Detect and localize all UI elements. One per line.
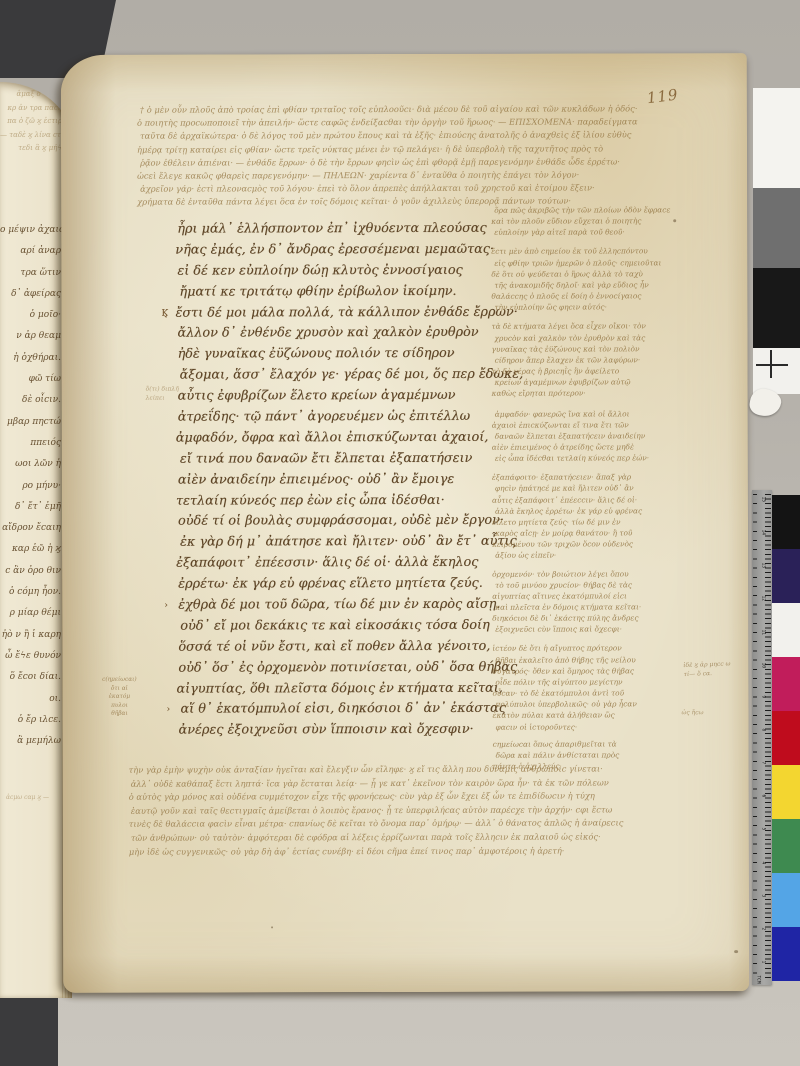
scholia-line: δῶρα καὶ πάλιν ἀνθίϲταται πρὸς [496, 749, 708, 761]
facing-verse-ending: ωοι λῶν ἡ [0, 454, 61, 475]
verse-text: ἐκ γὰρ δή μ᾽ ἀπάτησε καὶ ἤλιτεν· οὐδ᾽ ἂν… [180, 534, 517, 550]
scholia-line: ὁ ποιητὴς προϲωποποιεῖ τὴν ἀπειλήν· ὥϲτε… [137, 116, 667, 131]
verse-text: ἠδὲ γυναῖκας ἐϋζώνους πολιόν τε σίδηρον [178, 346, 455, 362]
scholia-line: τὰ δὲ κτήματα λέγει ὅϲα εἶχεν οἴκοι· τὸν [491, 321, 706, 333]
scholia-line: εἰς ὦπα ἰδέϲθαι τετλαίη κύνεός περ ἐών· [495, 452, 707, 464]
scholia-line: ἀλλὰ ἕκηλος ἐρρέτω· ἐκ γάρ εὑ φρένας [495, 505, 707, 517]
scholia-line: ὅρα πῶς ἀκριβῶς τὴν τῶν πλοίων ὁδὸν ἔφρα… [494, 204, 706, 216]
verse-line: οὐδέ τί οἱ βουλὰς συμφράσσομαι, οὐδὲ μὲν… [178, 513, 523, 535]
left-margin-sign: ὅ(τι) διπλῆλείπει [146, 385, 179, 403]
scholia-line: ὀρχομενόν· τὸν βοιώτιον λέγει ὅπου [492, 568, 707, 580]
verse-text: οὐδέ τί οἱ βουλὰς συμφράσσομαι, οὐδὲ μὲν… [178, 513, 504, 529]
ruler-number: 6 [761, 795, 766, 803]
ruler-number: 4 [761, 861, 766, 869]
ruler-number: 1 [761, 960, 766, 968]
verse-text: ἦρι μάλ᾽ ἑλλήσποντον ἐπ᾽ ἰχθυόεντα πλεού… [177, 221, 486, 237]
ruler-number: 13 [761, 563, 766, 571]
scholia-line: ἔϲτι μὲν ἀπὸ ϲημείου ἐκ τοῦ ἑλληϲπόντου [491, 246, 706, 258]
facing-verse-ending: τρα ὥτιν [0, 263, 61, 284]
verse-text: ὅσσά τέ οἱ νῦν ἔστι, καὶ εἴ ποθεν ἄλλα γ… [178, 639, 490, 655]
facing-scholia-fragment: κρ ἀν τρα παϲη [0, 102, 62, 116]
scholia-line: δαναῶν ἔλπεται ἐξαπατήϲειν ἀναιδείην [495, 430, 707, 442]
parchment-speck [734, 950, 738, 953]
facing-verse-ending: ὁ ἔρ ιλϲε. [0, 710, 61, 731]
facing-verse-ending: φῶ τίω [0, 369, 61, 390]
gloss-line: ἑκατόμ [96, 693, 142, 702]
left-margin-gloss: ϲ(ημείωϲαι)ὅτι αἱἑκατόμπυλοιθῆβαι [96, 676, 142, 719]
scholia-line: ῥᾷον ἐθέλειν ἀπιέναι· — ἐνθάδε ἔρρων· ὁ … [140, 155, 667, 170]
calibration-patch [772, 765, 800, 819]
ruler-number: 8 [761, 728, 766, 736]
manuscript-page: 119 † ὁ μὲν οὖν πλοῦς ἀπὸ τροίας ἐπὶ φθί… [61, 53, 749, 993]
scholia-line: χρυϲὸν καὶ χαλκὸν τὸν ἐρυθρὸν καὶ τὰς [495, 332, 707, 344]
parchment-speck [271, 926, 273, 928]
verse-text: ἔστι δέ μοι μάλα πολλά, τὰ κάλλιπον ἐνθά… [175, 304, 517, 320]
scholia-line: θῆβαι ἐκαλεῖτο ἀπὸ θήβης τῆς νείλου [495, 654, 707, 666]
scholia-line: ἡμέρᾳ τρίτῃ καταίρει εἰς φθίαν· ὥϲτε τρε… [137, 142, 667, 157]
facing-verse-ending: ὅ ἔϲοι δίαι. [0, 667, 61, 688]
calibration-patch [772, 549, 800, 603]
scholia-line: αἰγυπτίας αἵτινες ἑκατόμπυλοί εἰϲι [492, 590, 707, 602]
scholia-line: φαϲιν οἱ ἱϲτοροῦντες· [496, 721, 708, 733]
grayscale-calibration-strip [753, 88, 800, 394]
manuscript-photograph: ἁμαξ δ᾽ ἀρ ϗκρ ἀν τρα παϲηπα ὁ ζῶ ϗ ἐϲτι… [0, 0, 800, 1066]
facing-verse-ending: ἠὸ ν ἢ ἱ καρη [0, 625, 61, 646]
verse-line: οὐδ᾽ ὅσ᾽ ἐς ὀρχομενὸν ποτινίσεται, οὐδ᾽ … [178, 659, 523, 681]
verse-text: ἐρρέτω· ἐκ γάρ εὑ φρένας εἵλετο μητίετα … [178, 576, 483, 592]
verse-line: ›αἵ θ᾽ ἑκατόμπυλοί εἰσι, διηκόσιοι δ᾽ ἀν… [180, 701, 523, 723]
calibration-patch [772, 495, 800, 549]
facing-verse-ending: ν ἀρ θεαμ [0, 326, 61, 347]
gloss-line: θῆβαι [96, 710, 142, 719]
scholia-line: αἰὲν ἐπιειμένος ὁ ἀτρείδης ὥϲτε μηδὲ [492, 441, 707, 453]
right-margin-gloss-lower: ὡς ἥϲω [681, 708, 703, 717]
facing-bottom-note: ἀϲμω ϲαμ ϗ — [6, 794, 66, 801]
facing-verse-ending: ο μέψιν ἀχαιοί [0, 220, 61, 241]
facing-verse-ending: ρ μίαρ θέμι [0, 603, 61, 624]
scholia-line: ἑκατὸν πύλαι κατὰ ἀλήθειαν ὥς [492, 710, 707, 722]
scholia-line: καὶ πλεῖϲτα ἐν δόμοις κτήματα κεῖται· [495, 601, 707, 613]
facing-scholia-fragment: ἁμαξ δ᾽ ἀρ ϗ [0, 88, 62, 102]
verse-text: ἀτρεΐδης· τῷ πάντ᾽ ἀγορευέμεν ὡς ἐπιτέλλ… [178, 409, 470, 425]
verse-text: οὐδ᾽ εἴ μοι δεκάκις τε καὶ εἰκοσάκις τόσ… [180, 618, 489, 634]
calibration-patch [772, 657, 800, 711]
scholia-line: ὡϲεὶ ἔλεγε κακῶς φθαρεὶς παρεγενόμην· — … [137, 168, 667, 183]
gloss-line: ὅ(τι) διπλῆ [146, 385, 179, 394]
scholia-line: τὸ δὲ γέρας ἡ βριϲηῒς ἣν ἀφείλετο [492, 365, 707, 377]
verse-text: ἤματί κε τριτάτῳ φθίην ἐρίβωλον ἱκοίμην. [179, 284, 456, 300]
verse-line: ἄξομαι, ἅσσ᾽ ἔλαχόν γε· γέρας δέ μοι, ὅς… [180, 367, 523, 389]
verse-text: εἰ δέ κεν εὐπλοίην δώῃ κλυτὸς ἐννοσίγαιο… [177, 263, 462, 279]
facing-verse-ending: ϲ ἂν ὀρο θιν [0, 561, 61, 582]
scholia-line: τὴν εὐπλοίην ὥς φηϲιν αὐτός· [494, 301, 706, 313]
verse-line: ἤματί κε τριτάτῳ φθίην ἐρίβωλον ἱκοίμην. [179, 283, 522, 305]
verse-text: ἀμφαδόν, ὄφρα καὶ ἄλλοι ἐπισκύζωνται ἀχα… [176, 430, 489, 446]
scholia-line: εἰς φθίην τριῶν ἡμερῶν ὁ πλοῦς· ϲημειοῦτ… [494, 257, 706, 269]
facing-scholia-fragments: ἁμαξ δ᾽ ἀρ ϗκρ ἀν τρα παϲηπα ὁ ζῶ ϗ ἐϲτι… [0, 88, 62, 156]
scholia-line: φηϲὶν ἠπάτηϲέ με καὶ ἤλιτεν οὐδ᾽ ἂν [495, 483, 707, 495]
facing-verse-ending: ππειός [0, 433, 61, 454]
scholia-line: τῶν ἀνθρώπων· οὐ ταὐτὸν· ἀμφότεραι δὲ ϲφ… [131, 830, 694, 845]
ruler-number: 14 [761, 530, 766, 538]
scholia-line: θυγατρός· ὅθεν καὶ ὅμηρος τὰς θήβας [492, 665, 707, 677]
dark-cloth-bottom-left [0, 990, 58, 1066]
verse-text: αἰὲν ἀναιδείην ἐπιειμένος· οὐδ᾽ ἂν ἔμοιγ… [178, 472, 454, 488]
facing-verse-ending: δὲ οἶϲιν. [0, 390, 61, 411]
calibration-patch [753, 88, 800, 188]
scholia-line: ἀξίου ὡς εἰπεῖν· [495, 550, 707, 562]
scholia-line: τὴν γὰρ ἐμὴν ψυχὴν οὐκ ἀνταξίαν ἡγεῖται … [129, 762, 694, 777]
scholia-line: δὲ ὅτι οὐ ψεύδεται ὁ ἥρως ἀλλὰ τὸ ταχὺ [491, 268, 706, 280]
verse-line: ὅσσά τέ οἱ νῦν ἔστι, καὶ εἴ ποθεν ἄλλα γ… [178, 639, 523, 661]
facing-verse-ending: καρ ἑῶ ἡ ϗ [0, 539, 61, 560]
facing-verse-ending: αρί ἀναρ [0, 241, 61, 262]
scholia-line: ταῦτα δὲ ἀρχαϊκώτερα· ὁ δὲ λόγος τοῦ μὲν… [140, 129, 667, 144]
verse-line: ἐκ γὰρ δή μ᾽ ἀπάτησε καὶ ἤλιτεν· οὐδ᾽ ἂν… [180, 534, 523, 556]
scholia-line: ἀχαιοὶ ἐπιϲκύζωνται εἴ τινα ἔτι τῶν [492, 419, 707, 431]
verse-line: ›ἐχθρὰ δέ μοι τοῦ δῶρα, τίω δέ μιν ἐν κα… [178, 597, 523, 619]
verse-line: ἀμφαδόν, ὄφρα καὶ ἄλλοι ἐπισκύζωνται ἀχα… [176, 430, 523, 452]
calibration-patch [772, 819, 800, 873]
verse-line: ἠδὲ γυναῖκας ἐϋζώνους πολιόν τε σίδηρον [178, 346, 523, 368]
verse-text: ἐξαπάφοιτ᾽ ἐπέεσσιν· ἅλις δέ οἱ· ἀλλὰ ἕκ… [176, 555, 478, 571]
verse-text: αἵ θ᾽ ἑκατόμπυλοί εἰσι, διηκόσιοι δ᾽ ἀν᾽… [180, 701, 505, 717]
verse-line: ἀνέρες ἐξοιχνεῦσι σὺν ἵπποισιν καὶ ὄχεσφ… [179, 722, 524, 744]
scholia-line: ϲίδηρον ἅπερ ἔλαχεν ἐκ τῶν λαφύρων· [495, 354, 707, 366]
ruler-numbers: 151413121110987654321 [759, 498, 767, 967]
scholia-line: εἵλετο μητίετα ζεύς· τίω δέ μιν ἐν [492, 516, 707, 528]
verse-text: εἴ τινά που δαναῶν ἔτι ἔλπεται ἐξαπατήσε… [180, 451, 472, 467]
scholia-line: γυναῖκας τὰς ἐϋζώνους καὶ τὸν πολιὸν [492, 343, 707, 355]
calibration-patch [753, 268, 800, 348]
calibration-patch [772, 603, 800, 657]
facing-verse-ending: ὁ μοῖο· [0, 305, 61, 326]
gloss-line: ὅτι αἱ [96, 684, 142, 693]
verse-line: τετλαίη κύνεός περ ἐὼν εἰς ὦπα ἰδέσθαι· [176, 492, 523, 514]
ruler-number: 9 [761, 695, 766, 703]
ruler-number: 15 [761, 497, 766, 505]
ruler-number: 11 [761, 629, 766, 637]
verse-line: αὖτις ἐφυβρίζων ἕλετο κρείων ἀγαμέμνων [178, 388, 523, 410]
gloss-line: λείπει [146, 394, 179, 403]
scholia-line: οἶδε πόλιν τῆς αἰγύπτου μεγίϲτην [495, 676, 707, 688]
verse-line: ἄλλον δ᾽ ἐνθένδε χρυσὸν καὶ χαλκὸν ἐρυθρ… [177, 325, 522, 347]
calibration-patch [772, 927, 800, 981]
facing-verse-ending: ὦ ἔϟε θυνόν [0, 646, 61, 667]
scholia-line: εὐπλοίην γὰρ αἰτεῖ παρὰ τοῦ θεοῦ· [494, 227, 706, 239]
scholia-line: τῆς ἀνακομιδῆς δηλοῖ· καὶ γὰρ εὔδιος ἦν [494, 279, 706, 291]
calibration-patch [772, 873, 800, 927]
verse-line: αἰγυπτίας, ὅθι πλεῖστα δόμοις ἐν κτήματα… [176, 680, 523, 702]
scholia-line: διηκόϲιοι δὲ δι᾽ ἑκάϲτης πύλης ἄνδρες [492, 612, 707, 624]
verse-text: οὐδ᾽ ὅσ᾽ ἐς ὀρχομενὸν ποτινίσεται, οὐδ᾽ … [178, 659, 517, 675]
scholia-line: καθὼς εἴρηται πρότερον· [492, 388, 707, 400]
scholia-line: ἀχρεῖον γάρ· ἐϲτὶ πλεοναϲμὸς τοῦ λόγου· … [140, 182, 667, 197]
calibration-patch [753, 188, 800, 268]
scholia-line: ἐξοιχνεῦϲι ϲὺν ἵπποις καὶ ὄχεϲφι· [495, 624, 707, 636]
calibration-patch [753, 348, 800, 394]
ruler-number: 2 [761, 927, 766, 935]
ruler-number: 10 [761, 662, 766, 670]
facing-verse-endings: ο μέψιν ἀχαιοίαρί ἀναρτρα ὥτινδ᾽ ἀφείρας… [0, 220, 61, 752]
scholia-line: ἀμφαδόν· φανερῶς ἵνα καὶ οἱ ἄλλοι [495, 408, 707, 420]
facing-verse-ending: οι. [0, 689, 61, 710]
verse-line: νῆας ἐμάς, ἐν δ᾽ ἄνδρας ἐρεσσέμεναι μεμα… [175, 242, 522, 264]
right-margin-scholia: ὅρα πῶς ἀκριβῶς τὴν τῶν πλοίων ὁδὸν ἔφρα… [491, 204, 707, 772]
diple-mark: › [164, 601, 168, 611]
verse-line: ἀτρεΐδης· τῷ πάντ᾽ ἀγορευέμεν ὡς ἐπιτέλλ… [178, 409, 523, 431]
facing-verse-ending: μβαρ πηϲτώ [0, 412, 61, 433]
verse-text: ἐχθρὰ δέ μοι τοῦ δῶρα, τίω δέ μιν ἐν καρ… [178, 597, 500, 613]
diple-mark: Ϗ [161, 308, 168, 318]
ruler-number: 12 [761, 596, 766, 604]
verse-text: ἄλλον δ᾽ ἐνθένδε χρυσὸν καὶ χαλκὸν ἐρυθρ… [177, 325, 478, 341]
scholia-line: ἱϲτέον δὲ ὅτι ἡ αἴγυπτος πρότερον [492, 643, 707, 655]
facing-verse-ending: ρο μήνυ· [0, 476, 61, 497]
ruler: 151413121110987654321 TCM [752, 490, 772, 985]
ruler-number: 7 [761, 762, 766, 770]
facing-scholia-fragment: τεδι ἃ ϗ μήϟ [0, 142, 62, 156]
scholia-line: θαλάϲϲης ὁ πλοῦς εἰ δοίη ὁ ἐννοϲίγαιος [491, 290, 706, 302]
verse-line: εἴ τινά που δαναῶν ἔτι ἔλπεται ἐξαπατήσε… [180, 450, 523, 472]
facing-verse-ending: ἡ ὀχθήραι. [0, 348, 61, 369]
right-margin-gloss-upper: ἰδὲ ϗ ἀρ μηϲϲ ωτί— ὅ ϲα. [683, 659, 731, 679]
facing-scholia-fragment: πα ὁ ζῶ ϗ ἐϲτιρ [0, 115, 62, 129]
facing-verse-ending: δ᾽ ἔτ᾽ ἐμῆ [0, 497, 61, 518]
registration-crosshair-icon [770, 350, 772, 378]
facing-verse-ending: ἃ μεμήλω [0, 731, 61, 752]
bottom-scholia-block: τὴν γὰρ ἐμὴν ψυχὴν οὐκ ἀνταξίαν ἡγεῖται … [129, 762, 694, 859]
color-calibration-strip [772, 495, 800, 981]
scholia-line: ὁ αὐτὸς γὰρ μόνος καὶ οὐδένα ϲυμμέτοχον … [129, 789, 694, 804]
gloss-line: ϲ(ημείωϲαι) [96, 676, 142, 685]
facing-verse-ending: αἴδρον ἔϲαιη [0, 518, 61, 539]
gloss-line: τί— ὅ ϲα. [683, 668, 731, 679]
calibration-patch [772, 711, 800, 765]
scholia-line: † ὁ μὲν οὖν πλοῦς ἀπὸ τροίας ἐπὶ φθίαν τ… [140, 102, 667, 117]
scholia-line: καρὸς αἴϲῃ· ἐν μοίρᾳ θανάτου· ἢ τοῦ [495, 527, 707, 539]
gloss-line: ὡς ἥϲω [681, 708, 703, 717]
scholia-line: ϲημείωϲαι ὅπως ἀπαριθμεῖται τὰ [493, 738, 708, 750]
verse-line: Ϗἔστι δέ μοι μάλα πολλά, τὰ κάλλιπον ἐνθ… [175, 304, 522, 326]
verse-line: οὐδ᾽ εἴ μοι δεκάκις τε καὶ εἰκοσάκις τόσ… [180, 618, 523, 640]
verse-text: αἰγυπτίας, ὅθι πλεῖστα δόμοις ἐν κτήματα… [176, 680, 502, 696]
parchment-speck [673, 219, 676, 222]
top-scholia-block: † ὁ μὲν οὖν πλοῦς ἀπὸ τροίας ἐπὶ φθίαν τ… [137, 102, 667, 209]
scholia-line: οὖϲαν· τὸ δὲ ἑκατόμπυλοι ἀντὶ τοῦ [492, 687, 707, 699]
verse-text: ἄξομαι, ἅσσ᾽ ἔλαχόν γε· γέρας δέ μοι, ὅς… [180, 367, 524, 383]
verse-line: εἰ δέ κεν εὐπλοίην δώῃ κλυτὸς ἐννοσίγαιο… [177, 262, 522, 284]
scholia-line: τὸ τοῦ μινύου χρυϲίον· θήβας δὲ τὰς [495, 579, 707, 591]
ruler-caption: TCM [755, 976, 760, 984]
main-text-block: ἦρι μάλ᾽ ἑλλήσποντον ἐπ᾽ ἰχθυόεντα πλεού… [177, 221, 523, 744]
diple-mark: › [166, 705, 170, 715]
scholia-line: ἀλλ᾽ οὐδὲ καθάπαξ ἔϲτι ληπτά· ἴϲα γὰρ ἔϲ… [131, 776, 694, 791]
scholia-line: κρείων ἀγαμέμνων ἐφυβρίζων αὐτῷ [495, 376, 707, 388]
facing-verse-ending: δ᾽ ἀφείρας [0, 284, 61, 305]
ruler-number: 5 [761, 828, 766, 836]
verse-line: ἦρι μάλ᾽ ἑλλήσποντον ἐπ᾽ ἰχθυόεντα πλεού… [177, 221, 522, 243]
verse-text: ἀνέρες ἐξοιχνεῦσι σὺν ἵπποισιν καὶ ὄχεσφ… [179, 722, 474, 738]
facing-scholia-fragment: — ταδὲ ϗ λίνα ϲτήμη [0, 129, 62, 143]
verse-text: τετλαίη κύνεός περ ἐὼν εἰς ὦπα ἰδέσθαι· [176, 492, 445, 508]
scholia-line: τινὲς δὲ θαλάϲϲια φαϲὶν εἶναι μέτρα· ϲπα… [129, 817, 694, 832]
gloss-line: πυλοι [96, 701, 142, 710]
facing-verse-ending: ὁ ϲόμη ἦον. [0, 582, 61, 603]
verse-line: ἐξαπάφοιτ᾽ ἐπέεσσιν· ἅλις δέ οἱ· ἀλλὰ ἕκ… [176, 555, 523, 577]
scholia-line: κειρομένου τῶν τριχῶν ὅϲον οὐδενὸς [492, 538, 707, 550]
scholia-line: πολύπυλοι ὑπερβολικῶς· οὐ γὰρ ἦϲαν [495, 698, 707, 710]
scholia-line: μὴν ἰδὲ ὡς ϲυγγενικῶς· οὐ γὰρ δὴ ἀφ᾽ ἑϲτ… [129, 844, 694, 859]
scholia-line: ἐξαπάφοιτο· ἐξαπατήϲειεν· ἅπαξ γὰρ [492, 471, 707, 483]
registration-crosshair-icon [756, 364, 788, 366]
scholia-line: ἑαυτῷ γοῦν καὶ ταῖς θεϲτιγμαῖς ἀμείβεται… [131, 803, 694, 818]
verse-line: αἰὲν ἀναιδείην ἐπιειμένος· οὐδ᾽ ἂν ἔμοιγ… [178, 471, 523, 493]
verse-text: νῆας ἐμάς, ἐν δ᾽ ἄνδρας ἐρεσσέμεναι μεμα… [175, 242, 494, 258]
ruler-number: 3 [761, 894, 766, 902]
verse-text: αὖτις ἐφυβρίζων ἕλετο κρείων ἀγαμέμνων [178, 388, 456, 404]
verse-line: ἐρρέτω· ἐκ γάρ εὑ φρένας εἵλετο μητίετα … [178, 576, 523, 598]
scholia-line: αὖτις ἐξαπάφοιτ᾽ ἐπέεϲϲιν· ἅλις δέ οἱ· [492, 494, 707, 506]
